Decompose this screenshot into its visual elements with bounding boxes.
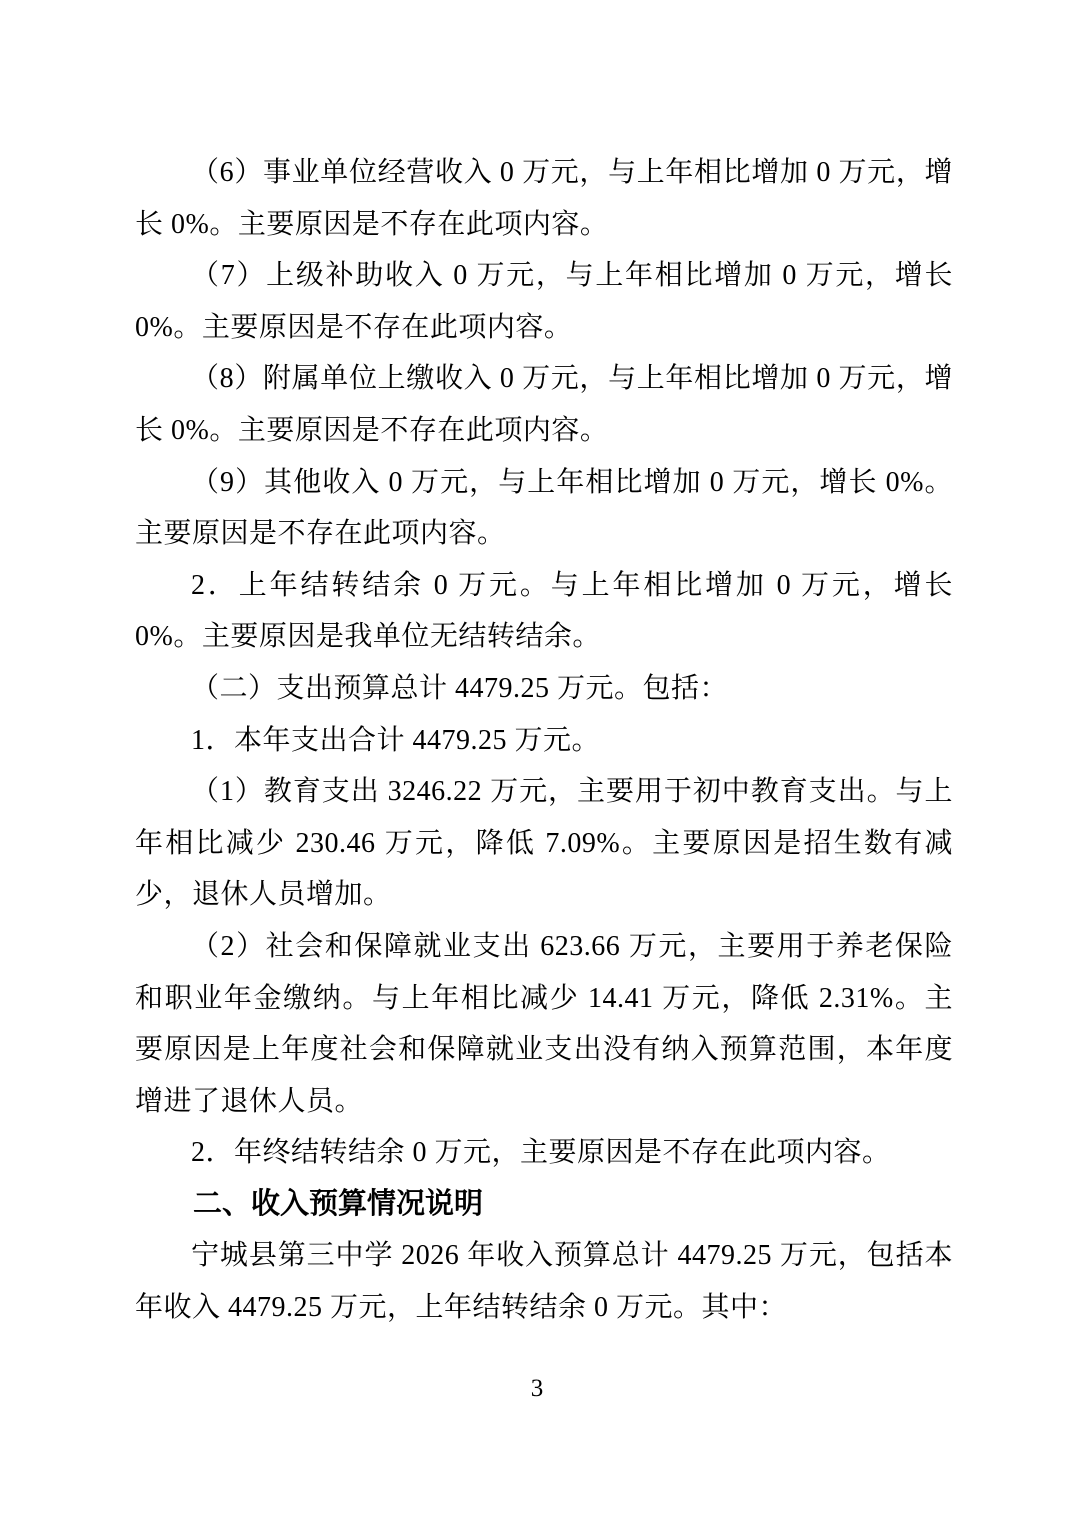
document-page: （6）事业单位经营收入 0 万元，与上年相比增加 0 万元，增长 0%。主要原因… [0,0,1074,1520]
document-body: （6）事业单位经营收入 0 万元，与上年相比增加 0 万元，增长 0%。主要原因… [135,147,953,1334]
page-number: 3 [0,1374,1074,1404]
paragraph: （9）其他收入 0 万元，与上年相比增加 0 万元，增长 0%。主要原因是不存在… [135,457,953,560]
paragraph: （二）支出预算总计 4479.25 万元。包括： [135,663,953,715]
paragraph: （6）事业单位经营收入 0 万元，与上年相比增加 0 万元，增长 0%。主要原因… [135,147,953,250]
section-heading: 二、收入预算情况说明 [135,1179,953,1231]
paragraph: （8）附属单位上缴收入 0 万元，与上年相比增加 0 万元，增长 0%。主要原因… [135,353,953,456]
paragraph: 2．上年结转结余 0 万元。与上年相比增加 0 万元，增长 0%。主要原因是我单… [135,560,953,663]
paragraph: 1．本年支出合计 4479.25 万元。 [135,715,953,767]
paragraph: 2．年终结转结余 0 万元，主要原因是不存在此项内容。 [135,1127,953,1179]
paragraph: 宁城县第三中学 2026 年收入预算总计 4479.25 万元，包括本年收入 4… [135,1230,953,1333]
paragraph: （7）上级补助收入 0 万元，与上年相比增加 0 万元，增长 0%。主要原因是不… [135,250,953,353]
paragraph: （1）教育支出 3246.22 万元，主要用于初中教育支出。与上年相比减少 23… [135,766,953,921]
paragraph: （2）社会和保障就业支出 623.66 万元，主要用于养老保险和职业年金缴纳。与… [135,921,953,1127]
